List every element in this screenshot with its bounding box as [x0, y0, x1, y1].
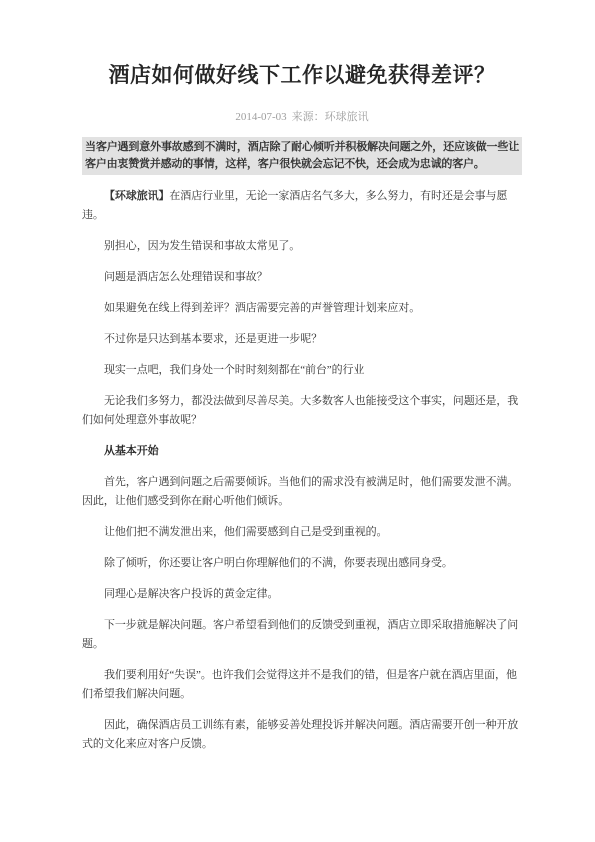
paragraph: 让他们把不满发泄出来，他们需要感到自己是受到重视的。	[82, 523, 522, 542]
article-meta: 2014-07-03来源：环球旅讯	[82, 110, 522, 124]
source-tag: 【环球旅讯】	[104, 190, 169, 202]
paragraph: 无论我们多努力，都没法做到尽善尽美。大多数客人也能接受这个事实，问题还是，我们如…	[82, 392, 522, 430]
publish-date: 2014-07-03	[235, 111, 286, 123]
paragraph: 下一步就是解决问题。客户希望看到他们的反馈受到重视，酒店立即采取措施解决了问题。	[82, 616, 522, 654]
document-page: 酒店如何做好线下工作以避免获得差评？ 2014-07-03来源：环球旅讯 当客户…	[0, 0, 595, 842]
paragraph: 首先，客户遇到问题之后需要倾诉。当他们的需求没有被满足时，他们需要发泄不满。因此…	[82, 473, 522, 511]
article-content: 酒店如何做好线下工作以避免获得差评？ 2014-07-03来源：环球旅讯 当客户…	[82, 0, 522, 754]
source-label: 来源：环球旅讯	[292, 111, 369, 123]
paragraph: 因此，确保酒店员工训练有素，能够妥善处理投诉并解决问题。酒店需要开创一种开放式的…	[82, 716, 522, 754]
summary-highlight-box: 当客户遇到意外事故感到不满时，酒店除了耐心倾听并积极解决问题之外，还应该做一些让…	[82, 137, 522, 175]
paragraph: 现实一点吧，我们身处一个时时刻刻都在“前台”的行业	[82, 361, 522, 380]
paragraph: 同理心是解决客户投诉的黄金定律。	[82, 585, 522, 604]
paragraph: 除了倾听，你还要让客户明白你理解他们的不满，你要表现出感同身受。	[82, 554, 522, 573]
article-title: 酒店如何做好线下工作以避免获得差评？	[82, 60, 522, 90]
paragraph: 不过你是只达到基本要求，还是更进一步呢？	[82, 330, 522, 349]
paragraph: 如果避免在线上得到差评？酒店需要完善的声誉管理计划来应对。	[82, 299, 522, 318]
paragraph: 问题是酒店怎么处理错误和事故？	[82, 268, 522, 287]
paragraph: 别担心，因为发生错误和事故太常见了。	[82, 237, 522, 256]
paragraph: 我们要利用好“失误”。也许我们会觉得这并不是我们的错，但是客户就在酒店里面，他们…	[82, 666, 522, 704]
section-heading: 从基本开始	[82, 442, 522, 461]
article-body: 【环球旅讯】在酒店行业里，无论一家酒店名气多大，多么努力，有时还是会事与愿违。 …	[82, 187, 522, 754]
intro-paragraph: 【环球旅讯】在酒店行业里，无论一家酒店名气多大，多么努力，有时还是会事与愿违。	[82, 187, 522, 225]
